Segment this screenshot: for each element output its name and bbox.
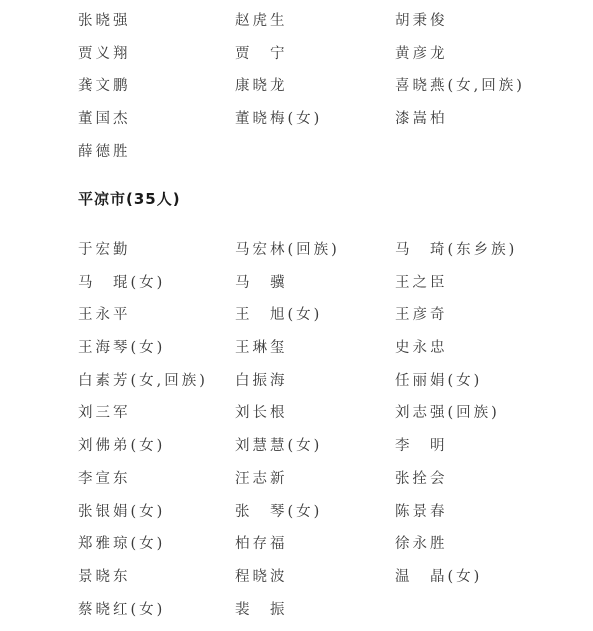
name-entry: 喜晓燕(女,回族): [395, 70, 578, 103]
name-entry: 刘三军: [78, 397, 235, 430]
name-entry: 赵虎生: [235, 5, 395, 38]
name-entry: 刘志强(回族): [395, 397, 578, 430]
name-entry: 柏存福: [235, 528, 395, 561]
name-entry: 白振海: [235, 365, 395, 398]
name-entry: 程晓波: [235, 561, 395, 594]
name-entry: 董国杰: [78, 103, 235, 136]
name-entry: 李 明: [395, 430, 578, 463]
name-entry: 李宣东: [78, 463, 235, 496]
name-entry: 裴 振: [235, 594, 395, 627]
name-entry: 景晓东: [78, 561, 235, 594]
name-entry: 史永忠: [395, 332, 578, 365]
name-entry: 刘慧慧(女): [235, 430, 395, 463]
name-entry: 康晓龙: [235, 70, 395, 103]
name-entry: 王永平: [78, 299, 235, 332]
name-list-previous-city: 张晓强赵虎生胡秉俊贾义翔贾 宁黄彦龙龚文鹏康晓龙喜晓燕(女,回族)董国杰董晓梅(…: [78, 5, 578, 168]
name-entry: 张晓强: [78, 5, 235, 38]
name-entry: 汪志新: [235, 463, 395, 496]
name-entry: 漆嵩柏: [395, 103, 578, 136]
name-entry: 王海琴(女): [78, 332, 235, 365]
name-entry: 马 琨(女): [78, 267, 235, 300]
name-list-pingliang: 于宏勤马宏林(回族)马 琦(东乡族)马 琨(女)马 骥王之臣王永平王 旭(女)王…: [78, 234, 578, 626]
name-entry: 王琳玺: [235, 332, 395, 365]
name-entry: 蔡晓红(女): [78, 594, 235, 627]
name-entry: 王彦奇: [395, 299, 578, 332]
name-entry: 张拴会: [395, 463, 578, 496]
name-entry: 马 骥: [235, 267, 395, 300]
name-entry: 温 晶(女): [395, 561, 578, 594]
name-entry: 陈景春: [395, 496, 578, 529]
name-entry: [395, 594, 578, 627]
name-entry: [235, 136, 395, 169]
name-entry: 白素芳(女,回族): [78, 365, 235, 398]
name-entry: 刘长根: [235, 397, 395, 430]
name-entry: 于宏勤: [78, 234, 235, 267]
name-entry: 任丽娟(女): [395, 365, 578, 398]
name-entry: 黄彦龙: [395, 38, 578, 71]
name-entry: 郑雅琼(女): [78, 528, 235, 561]
name-entry: 董晓梅(女): [235, 103, 395, 136]
name-entry: 张 琴(女): [235, 496, 395, 529]
name-entry: [395, 136, 578, 169]
section-title-pingliang: 平凉市(35人): [78, 188, 181, 209]
name-entry: 王 旭(女): [235, 299, 395, 332]
name-entry: 王之臣: [395, 267, 578, 300]
name-entry: 薛德胜: [78, 136, 235, 169]
name-entry: 贾 宁: [235, 38, 395, 71]
name-entry: 胡秉俊: [395, 5, 578, 38]
name-entry: 马 琦(东乡族): [395, 234, 578, 267]
name-entry: 马宏林(回族): [235, 234, 395, 267]
name-entry: 刘佛弟(女): [78, 430, 235, 463]
name-entry: 张银娟(女): [78, 496, 235, 529]
name-entry: 徐永胜: [395, 528, 578, 561]
name-entry: 龚文鹏: [78, 70, 235, 103]
name-entry: 贾义翔: [78, 38, 235, 71]
